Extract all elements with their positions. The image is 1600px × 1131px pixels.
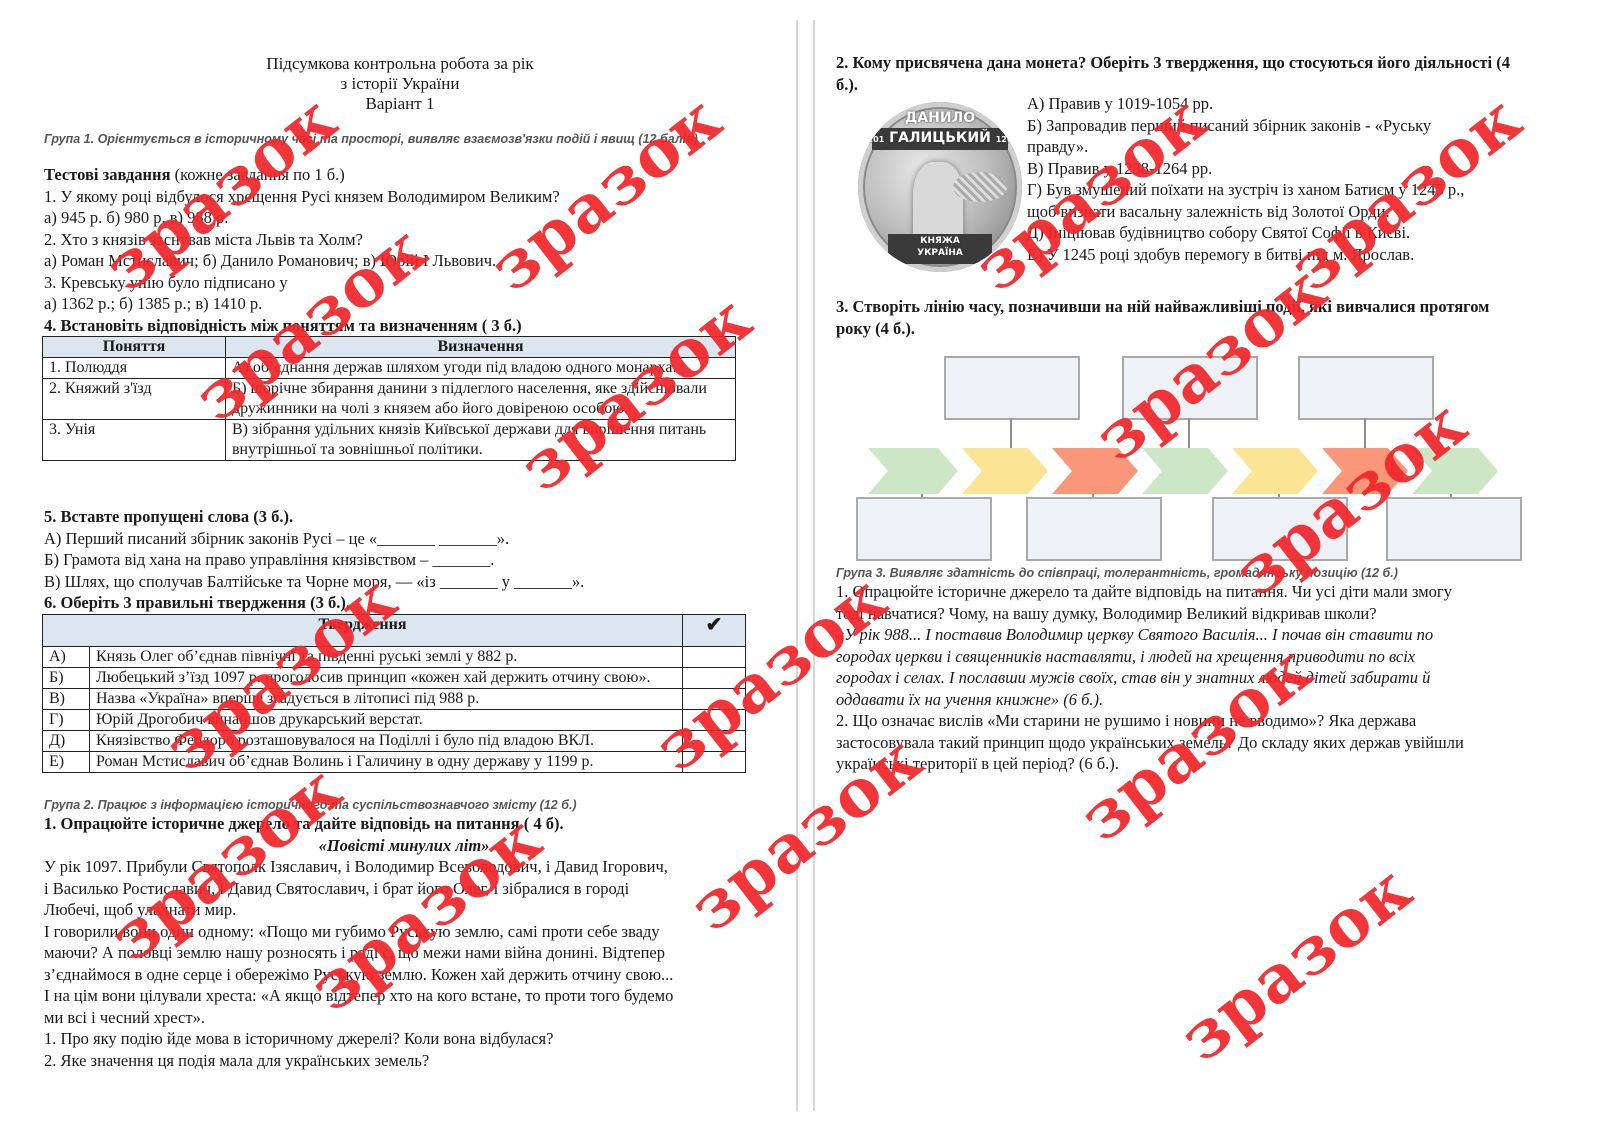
timeline-event-box-bottom[interactable] xyxy=(856,497,992,561)
source-line: маючи? А половці землю нашу розносять і … xyxy=(44,942,764,964)
timeline-event-box-bottom[interactable] xyxy=(1212,497,1348,561)
timeline-chevron xyxy=(962,448,1048,494)
definition-cell: Б) щорічне збирання данини з підлеглого … xyxy=(226,379,736,420)
coin-year-right: 1264 xyxy=(996,135,1018,144)
check-cell[interactable] xyxy=(683,668,746,689)
check-cell[interactable] xyxy=(683,647,746,668)
statement-text: Роман Мстиславич об’єднав Волинь і Галич… xyxy=(90,752,683,773)
statements-table-wrapper: Твердження ✔ А)Князь Олег об’єднав півні… xyxy=(42,614,746,773)
group3-question-2-line: українські території в цей період? (6 б.… xyxy=(836,753,1546,775)
timeline-chevron xyxy=(1232,448,1318,494)
timeline-event-box-bottom[interactable] xyxy=(1026,497,1162,561)
timeline-event-box-bottom[interactable] xyxy=(1386,497,1522,561)
statement-letter: Г) xyxy=(43,710,90,731)
timeline-event-box-top[interactable] xyxy=(1298,356,1434,420)
coin-top-line: ДАНИЛО xyxy=(858,110,1022,126)
group3-section: 1. Опрацюйте історичне джерело та дайте … xyxy=(836,581,1546,775)
coin-option: Е) У 1245 році здобув перемогу в битві п… xyxy=(1027,244,1557,266)
statement-letter: Д) xyxy=(43,731,90,752)
coin-option: щоб визнати васальну залежність від Золо… xyxy=(1027,201,1557,223)
statement-text: Любецький з’їзд 1097 р. проголосив принц… xyxy=(90,668,683,689)
page-divider xyxy=(813,20,815,1111)
timeline-chevron xyxy=(1412,448,1498,494)
source-line: У рік 1097. Прибули Святополк Ізяславич,… xyxy=(44,856,764,878)
coin-year-left: 1201 xyxy=(862,135,884,144)
group3-quote-line: «У рік 988... І поставив Володимир церкв… xyxy=(836,624,1546,646)
group1-header: Група 1. Орієнтується в історичному часі… xyxy=(44,132,744,147)
coin-option: Б) Запровадив перший писаний збірник зак… xyxy=(1027,115,1557,137)
coin-bottom-line: КНЯЖА xyxy=(858,236,1022,246)
table-row: Б)Любецький з’їзд 1097 р. проголосив при… xyxy=(43,668,746,689)
check-cell[interactable] xyxy=(683,710,746,731)
source-question: 1. Про яку подію йде мова в історичному … xyxy=(44,1028,764,1050)
question-3: 3. Кревську унію було підписано у xyxy=(44,272,764,294)
statement-text: Назва «Україна» вперше згадується в літо… xyxy=(90,689,683,710)
coin-option: Д) Ініціював будівництво собору Святої С… xyxy=(1027,222,1557,244)
timeline-event-box-top[interactable] xyxy=(1122,356,1258,420)
col-header-check: ✔ xyxy=(683,615,746,647)
group3-quote-line: городах церкви і священників наставляти,… xyxy=(836,646,1546,668)
title-line: Варіант 1 xyxy=(40,94,760,114)
coin-name-line: 1201 ГАЛИЦЬКИЙ 1264 xyxy=(858,130,1022,146)
coin-shield xyxy=(953,172,1007,202)
coin-option: Г) Був змушений поїхати на зустріч із ха… xyxy=(1027,179,1557,201)
tests-section: Тестові завдання (кожне завдання по 1 б.… xyxy=(44,164,764,336)
question-4-header: 4. Встановіть відповідність між поняттям… xyxy=(44,315,764,337)
check-cell[interactable] xyxy=(683,731,746,752)
group3-question-2-line: 2. Що означає вислів «Ми старини не руши… xyxy=(836,710,1546,732)
col-header-concept: Поняття xyxy=(43,337,226,358)
matching-table: Поняття Визначення 1. Полюддя А) об’єдна… xyxy=(42,336,736,461)
timeline-chevron xyxy=(1142,448,1228,494)
tests-header: Тестові завдання (кожне завдання по 1 б.… xyxy=(44,164,764,186)
source-line: з’єднаймося в одне серце і обережімо Рус… xyxy=(44,964,764,986)
group3-question-2-line: застосовувала такий принцип щодо українс… xyxy=(836,732,1546,754)
statement-text: Юрій Дрогобич винайшов друкарський верст… xyxy=(90,710,683,731)
timeline-chevron xyxy=(868,448,958,494)
group2-question-1-header: 1. Опрацюйте історичне джерело та дайте … xyxy=(44,813,764,835)
source-section: 1. Опрацюйте історичне джерело та дайте … xyxy=(44,813,764,1071)
coin-bottom-line: УКРАЇНА xyxy=(858,248,1022,258)
coin-image: ДАНИЛО 1201 ГАЛИЦЬКИЙ 1264 КНЯЖА УКРАЇНА xyxy=(858,102,1022,272)
question-2: 2. Хто з князів заснував міста Львів та … xyxy=(44,229,764,251)
timeline-chevron xyxy=(1052,448,1138,494)
coin-options: А) Правив у 1019-1054 рр. Б) Запровадив … xyxy=(1027,93,1557,265)
group3-header: Група 3. Виявляє здатність до співпраці,… xyxy=(836,566,1536,581)
table-row: А)Князь Олег об’єднав північні та півден… xyxy=(43,647,746,668)
group3-question-1-line: 1. Опрацюйте історичне джерело та дайте … xyxy=(836,581,1546,603)
watermark-text: зразок xyxy=(1168,854,1422,1073)
table-row: 3. Унія В) зібрання удільних князів Київ… xyxy=(43,420,736,461)
document-title: Підсумкова контрольна робота за рік з іс… xyxy=(40,54,760,114)
coin-figure xyxy=(913,162,963,242)
tests-header-bold: Тестові завдання xyxy=(44,165,171,184)
question-1: 1. У якому році відбулося хрещення Русі … xyxy=(44,186,764,208)
source-line: Любечі, щоб уладнати мир. xyxy=(44,899,764,921)
tests-header-rest: (кожне завдання по 1 б.) xyxy=(171,165,345,184)
check-cell[interactable] xyxy=(683,689,746,710)
statement-letter: Б) xyxy=(43,668,90,689)
table-row: Г)Юрій Дрогобич винайшов друкарський вер… xyxy=(43,710,746,731)
col-header-definition: Визначення xyxy=(226,337,736,358)
question-5-header: 5. Вставте пропущені слова (3 б.). xyxy=(44,506,764,528)
group3-quote-line: городах і селах. І пославши мужів своїх,… xyxy=(836,667,1546,689)
definition-cell: В) зібрання удільних князів Київської де… xyxy=(226,420,736,461)
definition-cell: А) об’єднання держав шляхом угоди під вл… xyxy=(226,358,736,379)
timeline-connector xyxy=(1188,418,1190,448)
col-header-statement: Твердження xyxy=(43,615,683,647)
source-line: І говорили вони один одному: «Пощо ми гу… xyxy=(44,921,764,943)
statement-text: Князь Олег об’єднав північні та південні… xyxy=(90,647,683,668)
fill-in-line: В) Шлях, що сполучав Балтійське та Чорне… xyxy=(44,571,764,593)
fill-in-line: Б) Грамота від хана на право управління … xyxy=(44,549,764,571)
statements-table: Твердження ✔ А)Князь Олег об’єднав півні… xyxy=(42,614,746,773)
matching-table-wrapper: Поняття Визначення 1. Полюддя А) об’єдна… xyxy=(42,336,736,461)
title-line: Підсумкова контрольна робота за рік xyxy=(40,54,760,74)
source-line: І на цім вони цілували хреста: «А якщо в… xyxy=(44,985,764,1007)
coin-question-header: 2. Кому присвячена дана монета? Оберіть … xyxy=(836,52,1516,95)
table-row: Д)Князівство Феодоро розташовувалося на … xyxy=(43,731,746,752)
source-title: «Повісті минулих літ» xyxy=(44,835,764,857)
timeline-chevron xyxy=(1322,448,1408,494)
question-6-header: 6. Оберіть 3 правильні твердження (3 б.)… xyxy=(44,592,764,614)
table-row: 1. Полюддя А) об’єднання держав шляхом у… xyxy=(43,358,736,379)
table-row: Е)Роман Мстиславич об’єднав Волинь і Гал… xyxy=(43,752,746,773)
question-5-section: 5. Вставте пропущені слова (3 б.). А) Пе… xyxy=(44,506,764,614)
group3-quote-line: оддавати їх на учення книжне» (6 б.). xyxy=(836,689,1546,711)
coin-option: правду». xyxy=(1027,136,1557,158)
check-cell[interactable] xyxy=(683,752,746,773)
source-question: 2. Яке значення ця подія мала для україн… xyxy=(44,1050,764,1072)
group3-question-1-line: тоді навчатися? Чому, на вашу думку, Вол… xyxy=(836,603,1546,625)
concept-cell: 2. Княжий з'їзд xyxy=(43,379,226,420)
statement-letter: А) xyxy=(43,647,90,668)
title-line: з історії України xyxy=(40,74,760,94)
question-1-options: а) 945 р. б) 980 р. в) 988 р. xyxy=(44,207,764,229)
timeline-arrow xyxy=(868,448,1508,494)
coin-option: В) Правив у 1238-1264 рр. xyxy=(1027,158,1557,180)
question-2-options: а) Роман Мстиславич; б) Данило Романович… xyxy=(44,250,764,272)
question-3-options: а) 1362 р.; б) 1385 р.; в) 1410 р. xyxy=(44,293,764,315)
timeline-event-box-top[interactable] xyxy=(944,356,1080,420)
concept-cell: 3. Унія xyxy=(43,420,226,461)
timeline-connector xyxy=(1364,418,1366,448)
table-row: 2. Княжий з'їзд Б) щорічне збирання дани… xyxy=(43,379,736,420)
fill-in-line: А) Перший писаний збірник законів Русі –… xyxy=(44,528,764,550)
concept-cell: 1. Полюддя xyxy=(43,358,226,379)
group2-header: Група 2. Працює з інформацією історичног… xyxy=(44,798,764,813)
document-page-left: Підсумкова контрольна робота за рік з іс… xyxy=(0,0,790,1131)
source-line: ми всі і чесний хрест». xyxy=(44,1007,764,1029)
statement-text: Князівство Феодоро розташовувалося на По… xyxy=(90,731,683,752)
timeline-connector xyxy=(1010,418,1012,448)
statement-letter: Е) xyxy=(43,752,90,773)
coin-option: А) Правив у 1019-1054 рр. xyxy=(1027,93,1557,115)
statement-letter: В) xyxy=(43,689,90,710)
table-row: В)Назва «Україна» вперше згадується в лі… xyxy=(43,689,746,710)
page-divider xyxy=(796,20,798,1111)
source-line: і Василько Ростиславич, і Давид Святосла… xyxy=(44,878,764,900)
coin-name: ГАЛИЦЬКИЙ xyxy=(889,130,991,146)
timeline-question-header: 3. Створіть лінію часу, позначивши на ні… xyxy=(836,296,1516,339)
